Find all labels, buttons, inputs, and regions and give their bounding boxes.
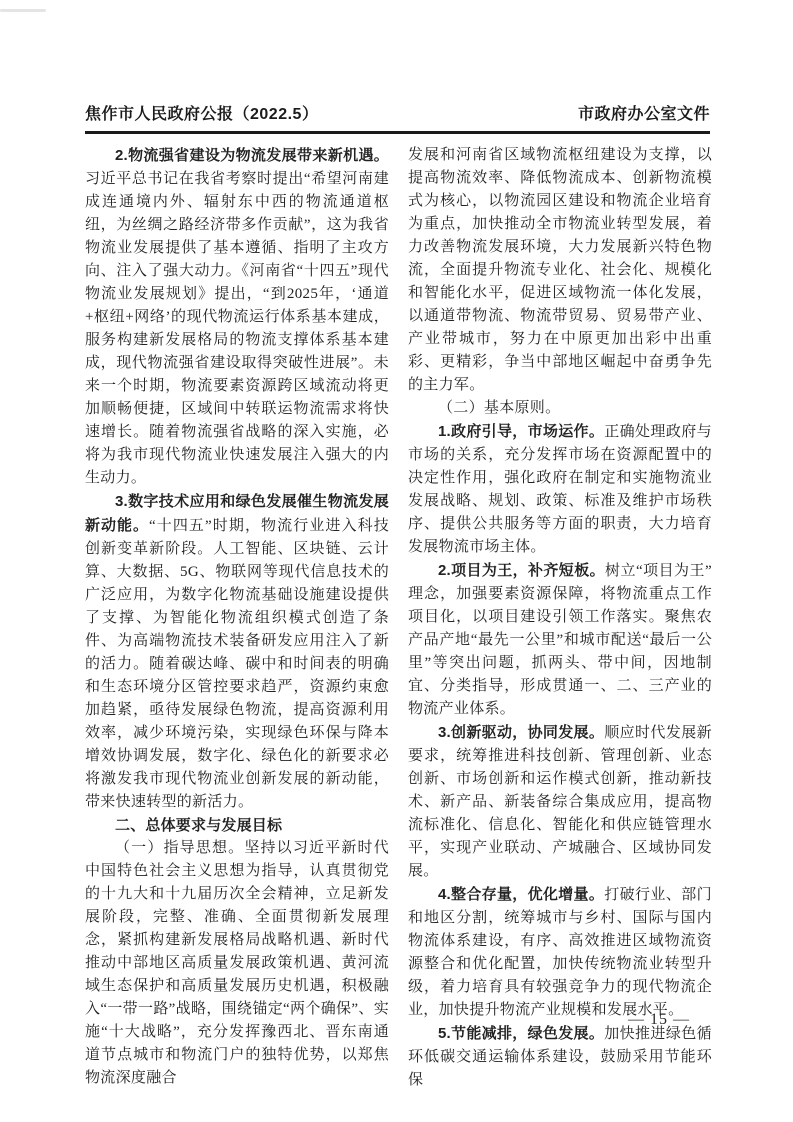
- paragraph-lead: 5.节能减排，绿色发展。: [438, 1025, 604, 1042]
- paragraph: 2.项目为王，补齐短板。树立“项目为王”理念，加强要素资源保障，将物流重点工作项…: [408, 559, 712, 721]
- paragraph: 5.节能减排，绿色发展。加快推进绿色循环低碳交通运输体系建设，鼓励采用节能环保: [408, 1022, 712, 1092]
- gazette-page: 焦作市人民政府公报（2022.5） 市政府办公室文件 2.物流强省建设为物流发展…: [0, 0, 793, 1122]
- paragraph-lead: 2.物流强省建设为物流发展带来新机遇。: [115, 147, 389, 164]
- paragraph: （二）基本原则。: [408, 397, 712, 420]
- header-right-title: 市政府办公室文件: [578, 101, 710, 124]
- two-column-body: 2.物流强省建设为物流发展带来新机遇。习近平总书记在我省考察时提出“希望河南建成…: [85, 144, 712, 1092]
- paragraph-lead: 1.政府引导，市场运作。: [438, 423, 604, 440]
- paragraph: 3.数字技术应用和绿色发展催生物流发展新动能。“十四五”时期，物流行业进入科技创…: [85, 490, 389, 814]
- paragraph: 1.政府引导，市场运作。正确处理政府与市场的关系，充分发挥市场在资源配置中的决定…: [408, 420, 712, 559]
- paragraph-lead: 3.创新驱动，协同发展。: [438, 724, 604, 741]
- header-rule: [85, 131, 710, 134]
- section-heading: 二、总体要求与发展目标: [85, 814, 389, 837]
- paragraph: 4.整合存量，优化增量。打破行业、部门和地区分割，统筹城市与乡村、国际与国内物流…: [408, 883, 712, 1022]
- paragraph-lead: 2.项目为王，补齐短板。: [438, 562, 605, 579]
- paragraph: （一）指导思想。坚持以习近平新时代中国特色社会主义思想为指导，认真贯彻党的十九大…: [85, 837, 389, 1090]
- scan-artifact: [0, 9, 46, 12]
- page-number: — 15 —: [628, 1011, 690, 1029]
- paragraph: 2.物流强省建设为物流发展带来新机遇。习近平总书记在我省考察时提出“希望河南建成…: [85, 144, 389, 490]
- header-left-title: 焦作市人民政府公报（2022.5）: [85, 101, 318, 124]
- paragraph-lead: 4.整合存量，优化增量。: [438, 886, 604, 903]
- paragraph: 发展和河南省区域物流枢纽建设为支撑，以提高物流效率、降低物流成本、创新物流模式为…: [408, 144, 712, 397]
- paragraph: 3.创新驱动，协同发展。顺应时代发展新要求，统筹推进科技创新、管理创新、业态创新…: [408, 721, 712, 883]
- paragraph-lead: 3.数字技术应用和绿色发展催生物流发展新动能。: [85, 493, 389, 534]
- right-column: 发展和河南省区域物流枢纽建设为支撑，以提高物流效率、降低物流成本、创新物流模式为…: [408, 144, 712, 1092]
- page-header: 焦作市人民政府公报（2022.5） 市政府办公室文件: [85, 101, 710, 124]
- left-column: 2.物流强省建设为物流发展带来新机遇。习近平总书记在我省考察时提出“希望河南建成…: [85, 144, 389, 1092]
